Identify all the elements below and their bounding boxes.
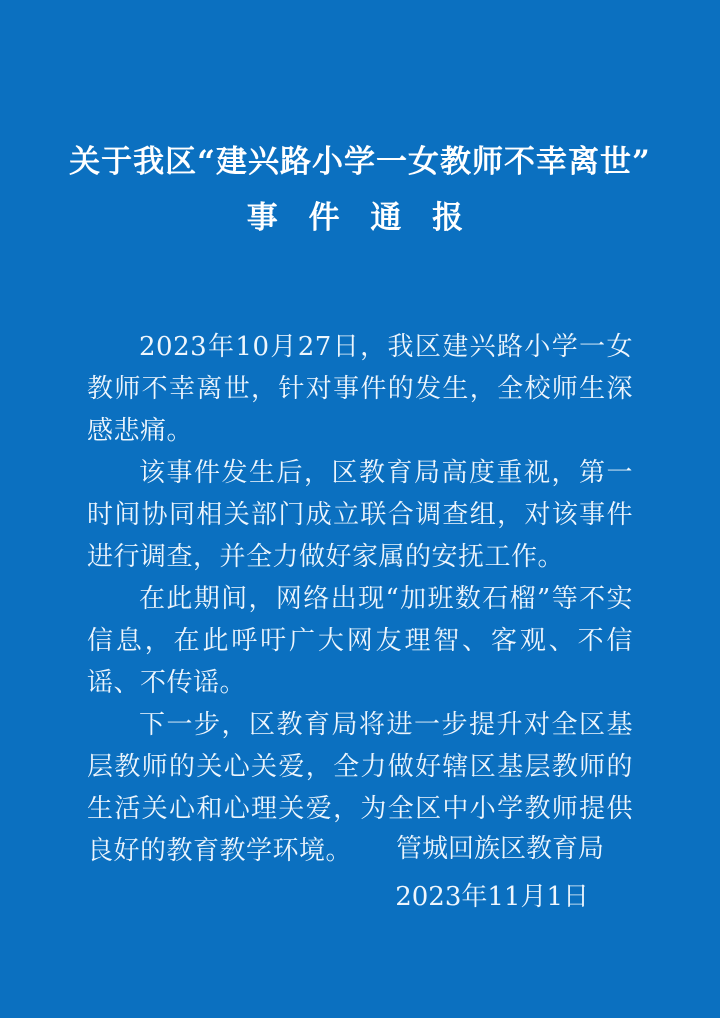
notice-page: 关于我区“建兴路小学一女教师不幸离世” 事 件 通 报 2023年10月27日，… (0, 0, 720, 1018)
notice-paragraph-3: 在此期间，网络出现“加班数石榴”等不实信息，在此呼吁广大网友理智、客观、不信谣、… (87, 578, 633, 704)
notice-paragraph-2: 该事件发生后，区教育局高度重视，第一时间协同相关部门成立联合调查组，对该事件进行… (87, 452, 633, 578)
notice-paragraph-1: 2023年10月27日，我区建兴路小学一女教师不幸离世，针对事件的发生，全校师生… (87, 326, 633, 452)
issuer-signature: 管城回族区教育局 (0, 828, 720, 870)
notice-title-line1: 关于我区“建兴路小学一女教师不幸离世” (0, 140, 720, 184)
notice-title: 关于我区“建兴路小学一女教师不幸离世” 事 件 通 报 (0, 140, 720, 240)
notice-title-line2: 事 件 通 报 (0, 196, 720, 240)
issue-date: 2023年11月1日 (0, 876, 720, 918)
notice-footer: 管城回族区教育局 2023年11月1日 (0, 828, 720, 918)
notice-body: 2023年10月27日，我区建兴路小学一女教师不幸离世，针对事件的发生，全校师生… (87, 326, 633, 872)
